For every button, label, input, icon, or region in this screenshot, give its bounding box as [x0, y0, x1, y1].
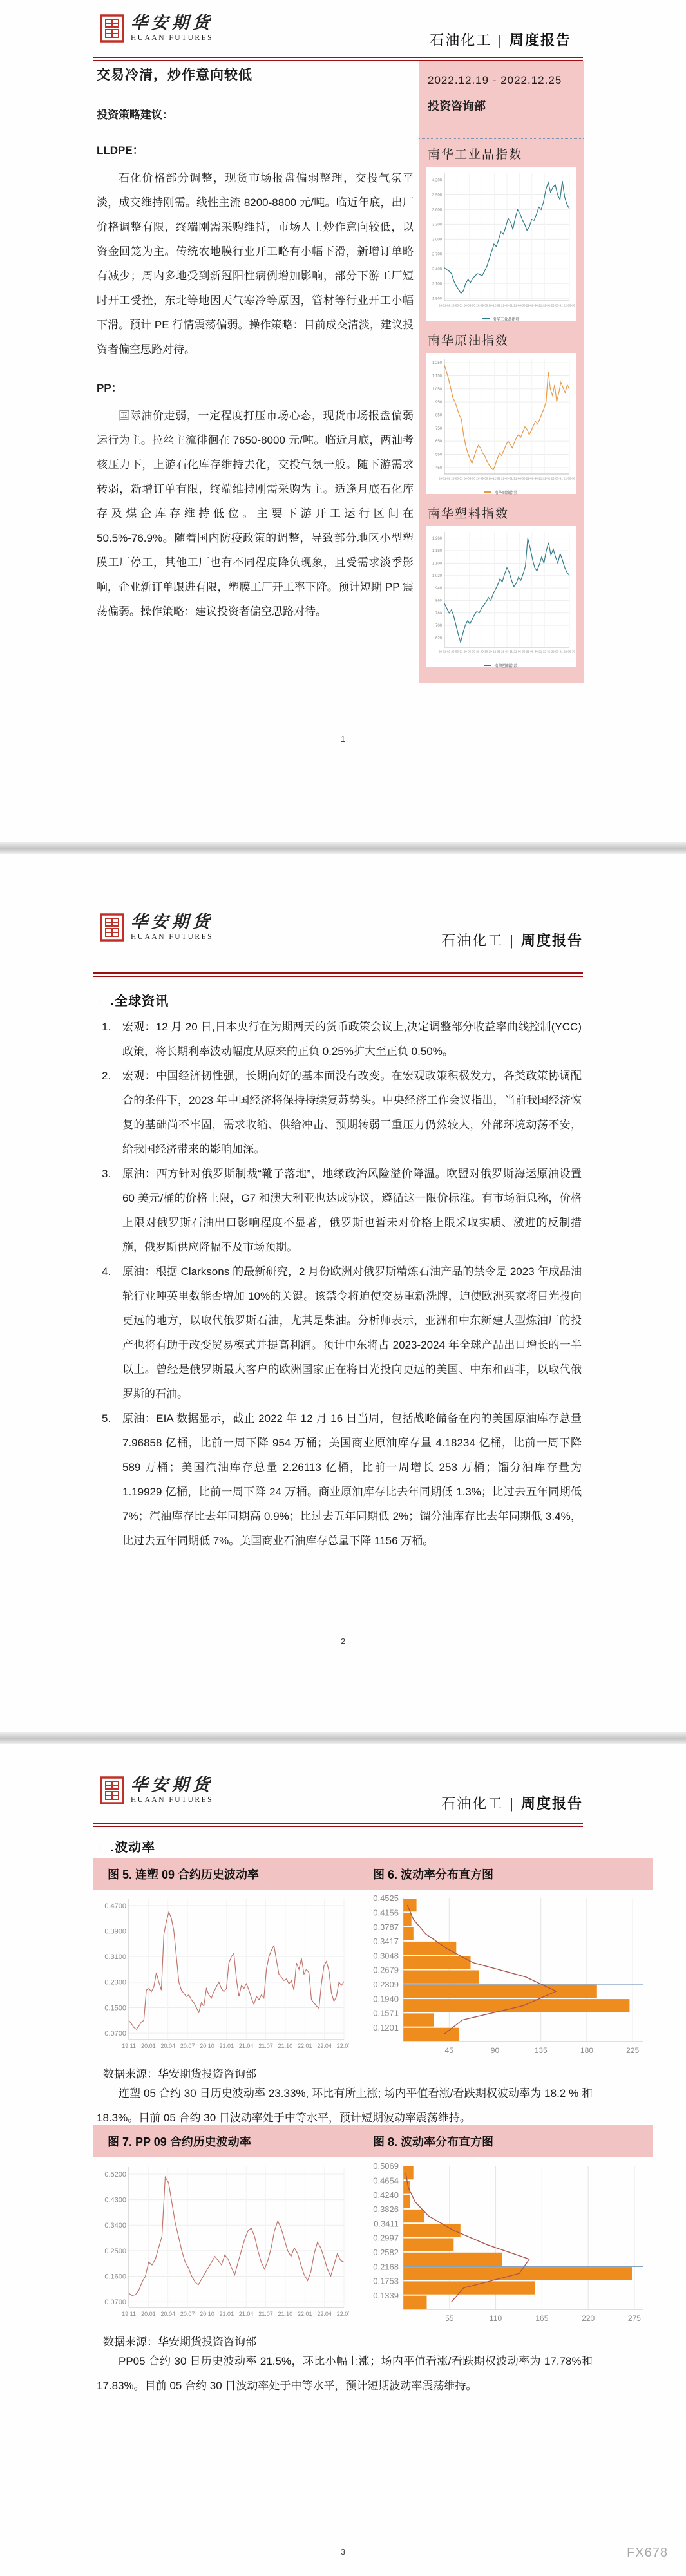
- list-item: 3. 原油：西方针对俄罗斯制裁“靴子落地”，地缘政治风险溢价降温。欧盟对俄罗斯海…: [102, 1162, 582, 1260]
- svg-text:0.4525: 0.4525: [373, 1895, 399, 1903]
- item-text: 原油：根据 Clarksons 的最新研究，2 月份欧洲对俄罗斯精炼石油产品的禁…: [122, 1260, 582, 1406]
- page-separator: [0, 1732, 686, 1744]
- page-number: 3: [0, 2547, 686, 2557]
- brand-name-cn: 华安期货: [131, 1776, 213, 1794]
- figure-divider: [93, 2061, 653, 2061]
- svg-text:22.04: 22.04: [317, 2311, 332, 2317]
- svg-text:1,250: 1,250: [432, 361, 443, 365]
- svg-text:4,200: 4,200: [432, 179, 443, 183]
- svg-text:21.04: 21.04: [239, 2311, 254, 2317]
- svg-text:22.04: 22.04: [317, 2043, 332, 2049]
- svg-text:0.0700: 0.0700: [104, 2030, 126, 2038]
- svg-text:2,100: 2,100: [432, 282, 443, 286]
- svg-text:21-03-31: 21-03-31: [501, 304, 513, 307]
- svg-text:0.2582: 0.2582: [373, 2248, 399, 2257]
- company-logo: 华安期货 HUAAN FUTURES: [100, 913, 213, 942]
- svg-text:20.04: 20.04: [160, 2311, 175, 2317]
- l09-historical-volatility-chart: 0.07000.15000.23000.31000.39000.470019.1…: [97, 1895, 349, 2056]
- svg-text:20-09-30: 20-09-30: [476, 650, 488, 654]
- svg-text:20-01-02: 20-01-02: [439, 304, 451, 307]
- svg-text:700: 700: [435, 624, 443, 628]
- sidebar-chart-section-crude: 南华原油指数 4505506507508509501,0501,1501,250…: [419, 325, 584, 498]
- svg-text:1,020: 1,020: [432, 574, 443, 578]
- svg-text:1,180: 1,180: [432, 549, 443, 553]
- svg-text:21.04: 21.04: [239, 2043, 254, 2049]
- svg-text:22.01: 22.01: [298, 2311, 312, 2317]
- report-category: 石油化工: [441, 1795, 503, 1812]
- report-kind: 周度报告: [521, 933, 583, 949]
- svg-text:22.07: 22.07: [337, 2043, 349, 2049]
- svg-text:0.3417: 0.3417: [373, 1937, 399, 1946]
- report-type-title: 石油化工|周度报告: [430, 30, 571, 50]
- svg-text:21.01: 21.01: [220, 2311, 234, 2317]
- svg-text:180: 180: [580, 2046, 593, 2055]
- svg-text:650: 650: [435, 440, 443, 444]
- header-rule: [93, 57, 583, 61]
- svg-text:0.1339: 0.1339: [373, 2291, 399, 2300]
- svg-text:20-09-30: 20-09-30: [476, 477, 488, 480]
- figure7-caption: 图 7. PP 09 合约历史波动率: [93, 2133, 365, 2150]
- svg-text:0.3900: 0.3900: [104, 1927, 126, 1935]
- svg-text:750: 750: [435, 427, 443, 431]
- figure-caption-bar: 图 5. 连塑 09 合约历史波动率 图 6. 波动率分布直方图: [93, 1858, 653, 1890]
- svg-text:0.1571: 0.1571: [373, 2009, 399, 2018]
- svg-text:0.2500: 0.2500: [104, 2248, 126, 2255]
- chart-title-industrial: 南华工业品指数: [419, 139, 584, 167]
- svg-text:0.3411: 0.3411: [374, 2219, 399, 2228]
- report-kind: 周度报告: [510, 32, 571, 48]
- svg-text:0.3400: 0.3400: [104, 2222, 126, 2230]
- svg-text:21.01: 21.01: [220, 2043, 234, 2049]
- figure8-caption: 图 8. 波动率分布直方图: [365, 2133, 493, 2150]
- department-name: 投资咨询部: [428, 97, 584, 114]
- report-type-title: 石油化工|周度报告: [441, 1793, 583, 1813]
- svg-text:20-12-31: 20-12-31: [489, 477, 501, 480]
- svg-text:165: 165: [535, 2314, 548, 2323]
- svg-text:225: 225: [626, 2046, 639, 2055]
- svg-text:21-06-30: 21-06-30: [513, 650, 526, 654]
- title-separator: |: [498, 32, 503, 48]
- volatility-histogram-chart: 551101652202750.50690.46540.42400.38260.…: [361, 2163, 651, 2324]
- svg-text:22-03-31: 22-03-31: [551, 650, 564, 654]
- svg-text:0.2309: 0.2309: [373, 1980, 399, 1989]
- list-item: 5. 原油：EIA 数据显示，截止 2022 年 12 月 16 日当周，包括战…: [102, 1406, 582, 1553]
- svg-text:0.1600: 0.1600: [104, 2273, 126, 2280]
- page-number: 2: [0, 1636, 686, 1646]
- page-2: 华安期货 HUAAN FUTURES 石油化工|周度报告 ∟.全球资讯 1. 宏…: [0, 854, 686, 1732]
- chart-title-crude: 南华原油指数: [419, 325, 584, 353]
- item-text: 原油：西方针对俄罗斯制裁“靴子落地”，地缘政治风险溢价降温。欧盟对俄罗斯海运原油…: [122, 1162, 582, 1260]
- report-category: 石油化工: [441, 933, 503, 949]
- svg-text:20.01: 20.01: [141, 2311, 156, 2317]
- svg-text:20-06-30: 20-06-30: [464, 650, 476, 654]
- svg-text:2,400: 2,400: [432, 267, 443, 271]
- data-source-note: 数据来源：华安期货投资咨询部: [103, 2333, 256, 2349]
- report-kind: 周度报告: [521, 1795, 583, 1812]
- item-number: 1.: [102, 1015, 122, 1039]
- svg-text:0.1940: 0.1940: [373, 1994, 399, 2003]
- sidebar-chart-section-industrial: 南华工业品指数 1,8002,1002,4002,7003,0003,3003,…: [419, 139, 584, 325]
- volatility-histogram-chart: 45901351802250.45250.41560.37870.34170.3…: [361, 1895, 651, 2056]
- svg-text:21-06-30: 21-06-30: [513, 304, 526, 307]
- list-item: 1. 宏观：12 月 20 日,日本央行在为期两天的货币政策会议上,决定调整部分…: [102, 1015, 582, 1064]
- svg-text:620: 620: [435, 637, 443, 641]
- report-type-title: 石油化工|周度报告: [441, 930, 583, 950]
- svg-text:0.2679: 0.2679: [373, 1965, 399, 1975]
- svg-text:20.04: 20.04: [160, 2043, 175, 2049]
- nanhua-industrial-index-chart: 1,8002,1002,4002,7003,0003,3003,6003,900…: [428, 168, 575, 320]
- svg-text:0.2300: 0.2300: [104, 1979, 126, 1987]
- seal-icon: [100, 913, 124, 942]
- page-1: 华安期货 HUAAN FUTURES 石油化工|周度报告 交易冷清，炒作意向较低…: [0, 0, 686, 842]
- svg-text:780: 780: [435, 612, 443, 616]
- svg-text:0.0700: 0.0700: [104, 2298, 126, 2306]
- title-separator: |: [510, 1795, 515, 1812]
- svg-text:860: 860: [435, 600, 443, 603]
- svg-text:3,900: 3,900: [432, 194, 443, 198]
- svg-text:20.07: 20.07: [180, 2043, 195, 2049]
- svg-text:0.5200: 0.5200: [104, 2171, 126, 2179]
- item-number: 5.: [102, 1406, 122, 1431]
- item-number: 3.: [102, 1162, 122, 1186]
- figure5-caption: 图 5. 连塑 09 合约历史波动率: [93, 1866, 365, 1882]
- svg-text:1,100: 1,100: [432, 562, 443, 566]
- section-title-volatility: ∟.波动率: [97, 1837, 155, 1855]
- svg-text:20.01: 20.01: [141, 2043, 156, 2049]
- svg-text:110: 110: [490, 2314, 502, 2323]
- advisory-sidebar: 2022.12.19 - 2022.12.25 投资咨询部 南华工业品指数 1,…: [419, 61, 584, 683]
- svg-text:20-03-31: 20-03-31: [451, 477, 463, 480]
- svg-text:19.11: 19.11: [122, 2043, 136, 2049]
- page1-main-column: 交易冷清，炒作意向较低 投资策略建议： LLDPE： 石化价格部分调整，现货市场…: [97, 64, 414, 641]
- svg-text:20-12-31: 20-12-31: [489, 304, 501, 307]
- data-source-note: 数据来源：华安期货投资咨询部: [103, 2065, 256, 2081]
- report-date-range: 2022.12.19 - 2022.12.25: [428, 74, 584, 87]
- svg-text:20-03-31: 20-03-31: [451, 650, 463, 654]
- svg-text:0.1201: 0.1201: [373, 2023, 399, 2032]
- svg-text:22.01: 22.01: [298, 2043, 312, 2049]
- report-headline: 交易冷清，炒作意向较低: [97, 64, 414, 84]
- item-text: 宏观：中国经济韧性强，长期向好的基本面没有改变。在宏观政策积极发力，各类政策协调…: [122, 1064, 582, 1162]
- svg-text:0.4156: 0.4156: [373, 1908, 399, 1918]
- svg-text:21-12-31: 21-12-31: [538, 477, 551, 480]
- svg-text:0.1753: 0.1753: [373, 2277, 399, 2286]
- svg-text:0.1500: 0.1500: [104, 2004, 126, 2012]
- svg-text:21.10: 21.10: [278, 2311, 293, 2317]
- svg-text:22-06-30: 22-06-30: [564, 304, 575, 307]
- chart-title-plastic: 南华塑料指数: [419, 498, 584, 526]
- svg-text:0.2997: 0.2997: [373, 2233, 399, 2243]
- svg-text:0.4300: 0.4300: [104, 2197, 126, 2204]
- svg-text:0.3787: 0.3787: [373, 1922, 399, 1932]
- svg-text:21-12-31: 21-12-31: [538, 304, 551, 307]
- list-item: 4. 原油：根据 Clarksons 的最新研究，2 月份欧洲对俄罗斯精炼石油产…: [102, 1260, 582, 1406]
- section-title-global-news: ∟.全球资讯: [97, 990, 169, 1009]
- list-item: 2. 宏观：中国经济韧性强，长期向好的基本面没有改变。在宏观政策积极发力，各类政…: [102, 1064, 582, 1162]
- item-text: 原油：EIA 数据显示，截止 2022 年 12 月 16 日当周，包括战略储备…: [122, 1406, 582, 1553]
- svg-text:550: 550: [435, 453, 443, 457]
- pp09-commentary: PP05 合约 30 日历史波动率 21.5%，环比小幅上涨；场内平值看涨/看跌…: [97, 2349, 593, 2398]
- svg-text:21-09-30: 21-09-30: [526, 650, 538, 654]
- svg-text:20-06-30: 20-06-30: [464, 304, 476, 307]
- page-number: 1: [0, 734, 686, 744]
- brand-name-cn: 华安期货: [131, 913, 213, 931]
- svg-text:850: 850: [435, 414, 443, 418]
- l09-commentary: 连塑 05 合约 30 日历史波动率 23.33%, 环比有所上涨; 场内平值看…: [97, 2081, 593, 2130]
- pp-paragraph: 国际油价走弱，一定程度打压市场心态，现货市场报盘偏弱运行为主。拉丝主流徘徊在 7…: [97, 404, 414, 624]
- svg-text:21-06-30: 21-06-30: [513, 477, 526, 480]
- pp09-historical-volatility-chart: 0.07000.16000.25000.34000.43000.520019.1…: [97, 2163, 349, 2324]
- sidebar-info-box: 2022.12.19 - 2022.12.25 投资咨询部: [419, 61, 584, 139]
- brand-name-cn: 华安期货: [131, 14, 213, 32]
- company-logo: 华安期货 HUAAN FUTURES: [100, 14, 213, 43]
- lldpe-paragraph: 石化价格部分调整，现货市场报盘偏弱整理，交投气氛平淡，成交维持刚需。线性主流 8…: [97, 166, 414, 362]
- header-rule: [93, 972, 583, 977]
- svg-text:20-01-02: 20-01-02: [439, 650, 451, 654]
- svg-text:19.11: 19.11: [122, 2311, 136, 2317]
- svg-text:22-03-31: 22-03-31: [551, 477, 564, 480]
- svg-text:20.07: 20.07: [180, 2311, 195, 2317]
- svg-text:20-03-31: 20-03-31: [451, 304, 463, 307]
- svg-text:0.4240: 0.4240: [373, 2190, 399, 2200]
- svg-text:45: 45: [445, 2046, 454, 2055]
- item-number: 4.: [102, 1260, 122, 1284]
- svg-text:135: 135: [535, 2046, 548, 2055]
- svg-text:1,800: 1,800: [432, 297, 443, 301]
- svg-text:0.3048: 0.3048: [373, 1951, 399, 1960]
- item-number: 2.: [102, 1064, 122, 1088]
- svg-text:950: 950: [435, 401, 443, 404]
- svg-text:3,300: 3,300: [432, 223, 443, 227]
- pp-label: PP：: [97, 379, 414, 395]
- svg-text:21-03-31: 21-03-31: [501, 477, 513, 480]
- svg-text:21-09-30: 21-09-30: [526, 477, 538, 480]
- svg-text:21.07: 21.07: [258, 2311, 273, 2317]
- svg-text:22.07: 22.07: [337, 2311, 349, 2317]
- svg-text:22-03-31: 22-03-31: [551, 304, 564, 307]
- svg-text:0.3826: 0.3826: [373, 2204, 399, 2214]
- strategy-heading: 投资策略建议：: [97, 106, 414, 122]
- svg-text:450: 450: [435, 466, 443, 470]
- company-logo: 华安期货 HUAAN FUTURES: [100, 1776, 213, 1804]
- svg-text:0.4700: 0.4700: [104, 1902, 126, 1910]
- page-separator: [0, 842, 686, 854]
- svg-text:3,600: 3,600: [432, 209, 443, 213]
- svg-text:275: 275: [628, 2314, 641, 2323]
- svg-text:21-12-31: 21-12-31: [538, 650, 551, 654]
- svg-text:20-09-30: 20-09-30: [476, 304, 488, 307]
- item-text: 宏观：12 月 20 日,日本央行在为期两天的货币政策会议上,决定调整部分收益率…: [122, 1015, 582, 1064]
- svg-text:3,000: 3,000: [432, 238, 443, 241]
- svg-text:0.2168: 0.2168: [373, 2262, 399, 2271]
- svg-text:0.5069: 0.5069: [373, 2163, 399, 2171]
- svg-text:20-12-31: 20-12-31: [489, 650, 501, 654]
- svg-text:21-03-31: 21-03-31: [501, 650, 513, 654]
- svg-text:20-06-30: 20-06-30: [464, 477, 476, 480]
- page-3: 华安期货 HUAAN FUTURES 石油化工|周度报告 ∟.波动率 图 5. …: [0, 1744, 686, 2576]
- svg-text:1,150: 1,150: [432, 375, 443, 379]
- svg-text:0.3100: 0.3100: [104, 1953, 126, 1961]
- title-separator: |: [510, 933, 515, 949]
- svg-text:22-06-30: 22-06-30: [564, 650, 575, 654]
- svg-text:1,050: 1,050: [432, 388, 443, 392]
- svg-text:21.07: 21.07: [258, 2043, 273, 2049]
- sidebar-chart-section-plastic: 南华塑料指数 6207007808609401,0201,1001,1801,2…: [419, 498, 584, 671]
- lldpe-label: LLDPE：: [97, 141, 414, 157]
- nanhua-plastic-index-chart: 6207007808609401,0201,1001,1801,26020-01…: [428, 527, 575, 667]
- seal-icon: [100, 1776, 124, 1804]
- brand-name-en: HUAAN FUTURES: [131, 34, 213, 42]
- svg-text:22-06-30: 22-06-30: [564, 477, 575, 480]
- header-rule: [93, 1823, 583, 1827]
- report-canvas: 华安期货 HUAAN FUTURES 石油化工|周度报告 交易冷清，炒作意向较低…: [0, 0, 686, 2576]
- svg-text:1,260: 1,260: [432, 537, 443, 541]
- svg-text:90: 90: [491, 2046, 500, 2055]
- svg-text:940: 940: [435, 587, 443, 591]
- svg-text:2,700: 2,700: [432, 252, 443, 256]
- figure6-caption: 图 6. 波动率分布直方图: [365, 1866, 493, 1882]
- brand-name-en: HUAAN FUTURES: [131, 1796, 213, 1804]
- nanhua-crude-index-chart: 4505506507508509501,0501,1501,25020-01-0…: [428, 354, 575, 493]
- fx678-watermark: FX678: [627, 2546, 668, 2561]
- seal-icon: [100, 14, 124, 43]
- svg-text:0.4654: 0.4654: [373, 2176, 399, 2186]
- svg-text:20.10: 20.10: [200, 2311, 214, 2317]
- svg-text:21.10: 21.10: [278, 2043, 293, 2049]
- brand-name-en: HUAAN FUTURES: [131, 933, 213, 941]
- report-category: 石油化工: [430, 32, 491, 48]
- figure-caption-bar: 图 7. PP 09 合约历史波动率 图 8. 波动率分布直方图: [93, 2125, 653, 2157]
- global-news-list: 1. 宏观：12 月 20 日,日本央行在为期两天的货币政策会议上,决定调整部分…: [102, 1015, 582, 1553]
- svg-text:20.10: 20.10: [200, 2043, 214, 2049]
- svg-text:220: 220: [582, 2314, 595, 2323]
- figure-divider: [93, 2329, 653, 2329]
- svg-text:20-01-02: 20-01-02: [439, 477, 451, 480]
- svg-text:21-09-30: 21-09-30: [526, 304, 538, 307]
- svg-text:55: 55: [445, 2314, 454, 2323]
